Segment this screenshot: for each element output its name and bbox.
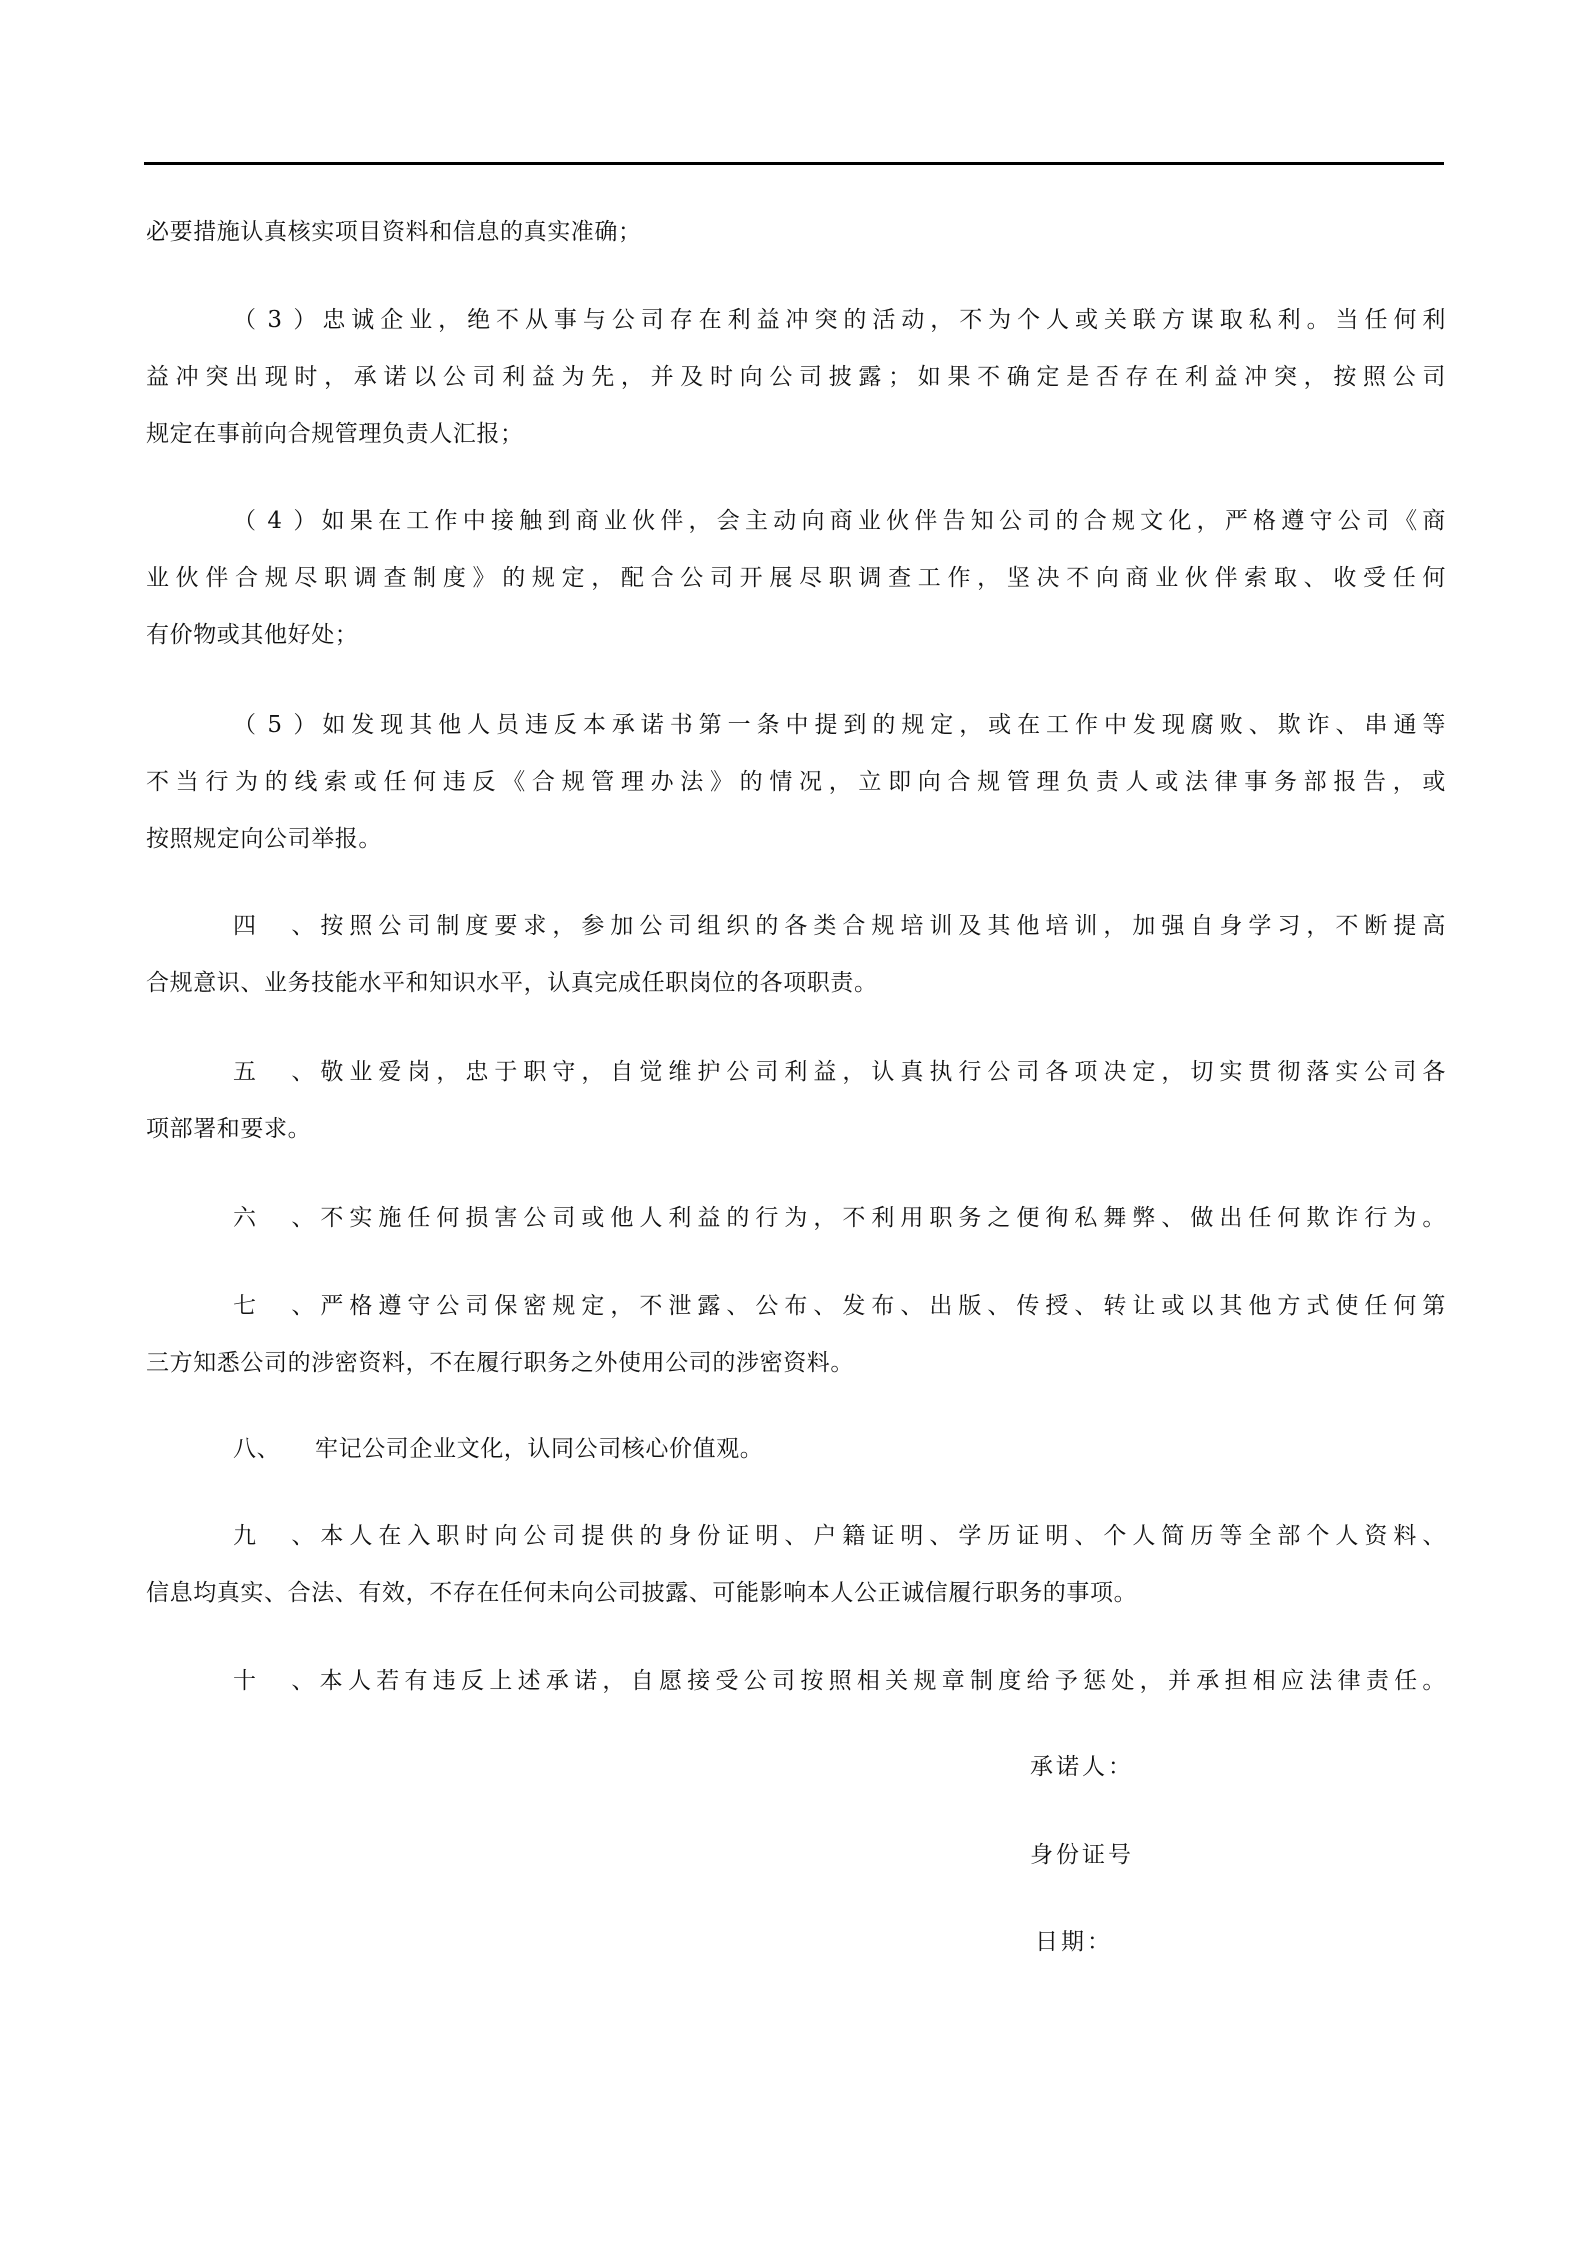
clause-9-line-1: 九、本人在入职时向公司提供的身份证明、户籍证明、学历证明、个人简历等全部个人资料…: [233, 1521, 1446, 1551]
clause-5-line-2: 项部署和要求。: [146, 1114, 1446, 1144]
clause-text: 牢记公司企业文化，认同公司核心价值观。: [315, 1436, 763, 1462]
sub-item-4-line-1: （4）如果在工作中接触到商业伙伴，会主动向商业伙伴告知公司的合规文化，严格遵守公…: [233, 506, 1446, 536]
promisor-label: 承诺人：: [1030, 1752, 1134, 1782]
clause-5-line-1: 五、敬业爱岗，忠于职守，自觉维护公司利益，认真执行公司各项决定，切实贯彻落实公司…: [233, 1057, 1446, 1087]
clause-marker: 四、: [233, 911, 315, 941]
clause-9-line-2: 信息均真实、合法、有效，不存在任何未向公司披露、可能影响本人公正诚信履行职务的事…: [146, 1578, 1446, 1608]
clause-text: 严格遵守公司保密规定，不泄露、公布、发布、出版、传授、转让或以其他方式使任何第: [315, 1293, 1446, 1319]
sub-item-text: 如果在工作中接触到商业伙伴，会主动向商业伙伴告知公司的合规文化，严格遵守公司《商: [317, 508, 1446, 534]
sub-item-5-line-2: 不当行为的线索或任何违反《合规管理办法》的情况，立即向合规管理负责人或法律事务部…: [146, 767, 1446, 797]
clause-7-line-2: 三方知悉公司的涉密资料，不在履行职务之外使用公司的涉密资料。: [146, 1348, 1446, 1378]
sub-item-5-line-3: 按照规定向公司举报。: [146, 824, 1446, 854]
id-number-label: 身份证号: [1030, 1840, 1134, 1870]
clause-marker: 七、: [233, 1291, 315, 1321]
clause-marker: 九、: [233, 1521, 315, 1551]
clause-8-line-1: 八、牢记公司企业文化，认同公司核心价值观。: [233, 1434, 1446, 1464]
sub-item-4-line-3: 有价物或其他好处；: [146, 620, 1446, 650]
clause-10-line-1: 十、本人若有违反上述承诺，自愿接受公司按照相关规章制度给予惩处，并承担相应法律责…: [233, 1666, 1446, 1696]
clause-marker: 五、: [233, 1057, 315, 1087]
clause-text: 敬业爱岗，忠于职守，自觉维护公司利益，认真执行公司各项决定，切实贯彻落实公司各: [315, 1059, 1446, 1085]
clause-7-line-1: 七、严格遵守公司保密规定，不泄露、公布、发布、出版、传授、转让或以其他方式使任何…: [233, 1291, 1446, 1321]
sub-item-3-line-1: （3）忠诚企业，绝不从事与公司存在利益冲突的活动，不为个人或关联方谋取私利。当任…: [233, 305, 1446, 335]
sub-item-5-line-1: （5）如发现其他人员违反本承诺书第一条中提到的规定，或在工作中发现腐败、欺诈、串…: [233, 710, 1446, 740]
date-label: 日期：: [1035, 1927, 1113, 1957]
clause-marker: 八、: [233, 1434, 315, 1464]
clause-4-line-2: 合规意识、业务技能水平和知识水平，认真完成任职岗位的各项职责。: [146, 968, 1446, 998]
sub-item-marker: （5）: [233, 710, 317, 740]
continuation-line: 必要措施认真核实项目资料和信息的真实准确；: [146, 217, 1446, 247]
clause-text: 本人若有违反上述承诺，自愿接受公司按照相关规章制度给予惩处，并承担相应法律责任。: [315, 1668, 1446, 1694]
clause-marker: 六、: [233, 1203, 315, 1233]
sub-item-text: 如发现其他人员违反本承诺书第一条中提到的规定，或在工作中发现腐败、欺诈、串通等: [317, 712, 1446, 738]
clause-4-line-1: 四、按照公司制度要求，参加公司组织的各类合规培训及其他培训，加强自身学习，不断提…: [233, 911, 1446, 941]
sub-item-text: 忠诚企业，绝不从事与公司存在利益冲突的活动，不为个人或关联方谋取私利。当任何利: [317, 307, 1446, 333]
sub-item-marker: （3）: [233, 305, 317, 335]
clause-marker: 十、: [233, 1666, 315, 1696]
clause-text: 按照公司制度要求，参加公司组织的各类合规培训及其他培训，加强自身学习，不断提高: [315, 913, 1446, 939]
sub-item-3-line-2: 益冲突出现时，承诺以公司利益为先，并及时向公司披露；如果不确定是否存在利益冲突，…: [146, 362, 1446, 392]
header-rule: [144, 162, 1444, 165]
clause-6-line-1: 六、不实施任何损害公司或他人利益的行为，不利用职务之便徇私舞弊、做出任何欺诈行为…: [233, 1203, 1446, 1233]
sub-item-3-line-3: 规定在事前向合规管理负责人汇报；: [146, 419, 1446, 449]
clause-text: 本人在入职时向公司提供的身份证明、户籍证明、学历证明、个人简历等全部个人资料、: [315, 1523, 1446, 1549]
sub-item-4-line-2: 业伙伴合规尽职调查制度》的规定，配合公司开展尽职调查工作，坚决不向商业伙伴索取、…: [146, 563, 1446, 593]
clause-text: 不实施任何损害公司或他人利益的行为，不利用职务之便徇私舞弊、做出任何欺诈行为。: [315, 1205, 1446, 1231]
sub-item-marker: （4）: [233, 506, 317, 536]
